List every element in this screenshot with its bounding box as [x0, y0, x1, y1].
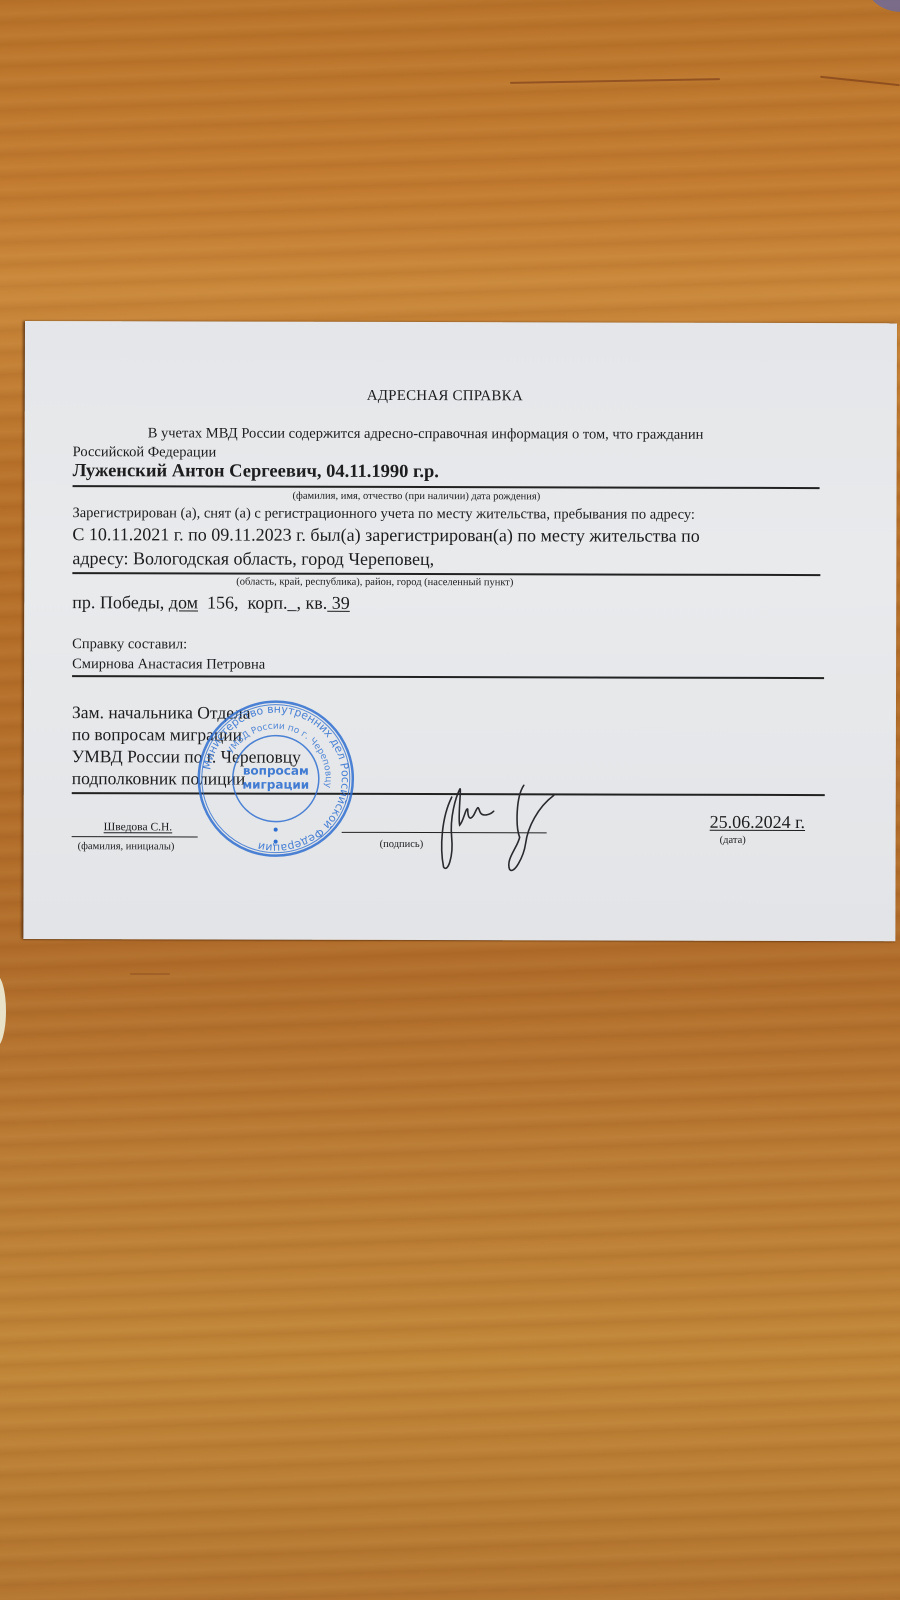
house-number: 156, — [207, 592, 239, 612]
handwritten-signature-icon — [434, 777, 574, 877]
official-stamp-icon: Министерство внутренних дел Российской Ф… — [196, 698, 356, 858]
compiled-by-label: Справку составил: — [72, 636, 187, 653]
signer-name: Шведова С.Н. — [104, 821, 173, 833]
compiled-by-name: Смирнова Анастасия Петровна — [72, 656, 265, 674]
region-caption: (область, край, республика), район, горо… — [236, 577, 513, 589]
divider-line — [72, 572, 820, 576]
wood-grain — [820, 76, 900, 86]
person-caption: (фамилия, имя, отчество (при наличии) да… — [293, 491, 541, 503]
signer-underline — [72, 836, 198, 837]
street: пр. Победы, — [72, 592, 164, 612]
wood-grain — [130, 973, 170, 975]
apartment-number: 39 — [327, 593, 350, 613]
issue-date: 25.06.2024 г. — [710, 812, 805, 833]
registration-line2: адресу: Вологодская область, город Череп… — [72, 548, 434, 570]
signer-caption: (фамилия, инициалы) — [78, 841, 175, 852]
divider-line — [73, 485, 820, 489]
intro-text-line2: Российской Федерации — [73, 444, 217, 461]
date-caption: (дата) — [720, 835, 746, 846]
svg-text:миграции: миграции — [242, 778, 309, 792]
registration-label: Зарегистрирован (а), снят (а) с регистра… — [72, 505, 694, 524]
building: корп._, — [248, 593, 302, 613]
document-title: АДРЕСНАЯ СПРАВКА — [25, 387, 865, 406]
address-certificate: АДРЕСНАЯ СПРАВКА В учетах МВД России сод… — [23, 321, 897, 941]
wood-grain — [510, 78, 720, 84]
person-name-dob: Луженский Антон Сергеевич, 04.11.1990 г.… — [73, 461, 439, 483]
signature-caption: (подпись) — [380, 839, 424, 850]
address-line: пр. Победы, дом 156, корп._, кв. 39 — [72, 592, 350, 614]
house-label: дом — [169, 592, 198, 612]
divider-line — [72, 675, 824, 679]
apartment-label: кв. — [305, 593, 327, 613]
registration-line1: С 10.11.2021 г. по 09.11.2023 г. был(а) … — [72, 524, 699, 547]
intro-text-line1: В учетах МВД России содержится адресно-с… — [148, 425, 704, 443]
corner-object — [868, 0, 900, 16]
left-edge-object — [0, 975, 6, 1047]
svg-text:вопросам: вопросам — [243, 764, 309, 778]
